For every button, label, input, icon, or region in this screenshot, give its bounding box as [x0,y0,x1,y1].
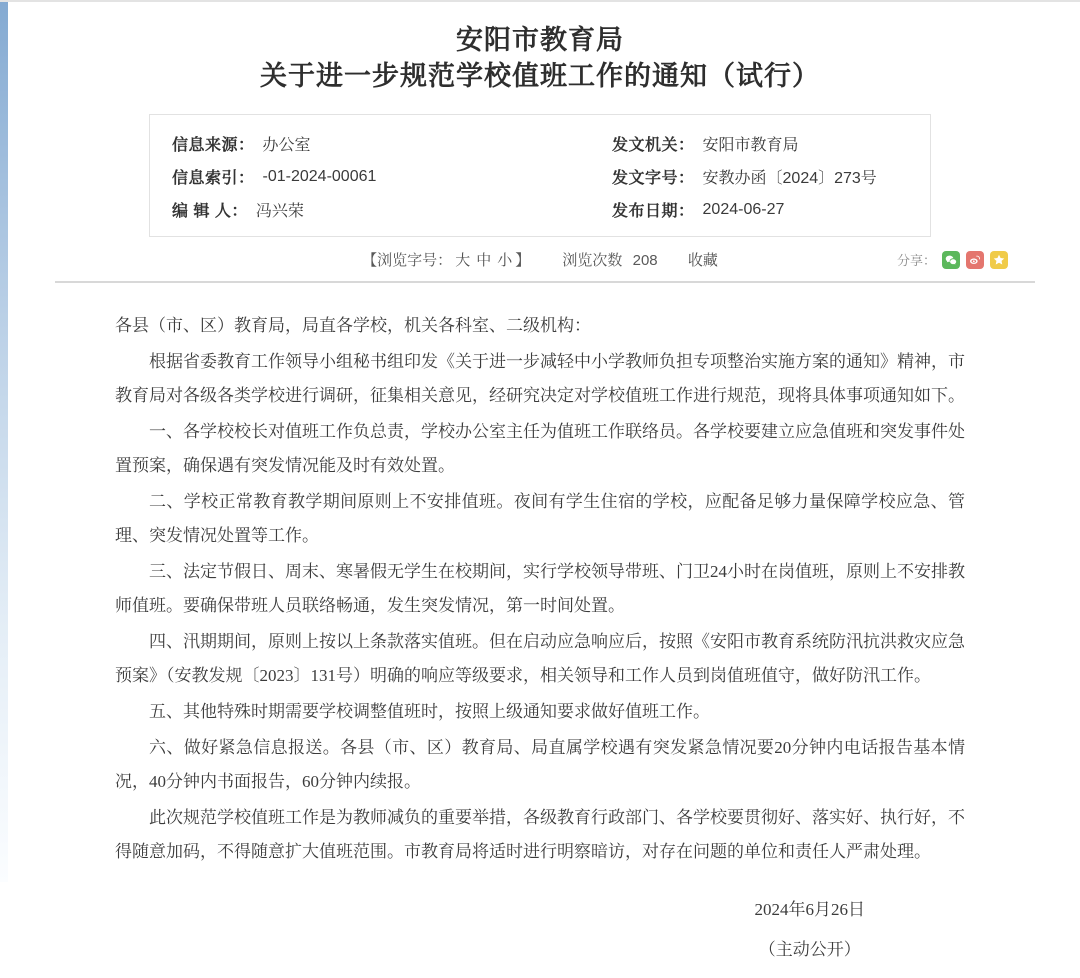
meta-row-index: 信息索引： -01-2024-00061 [172,160,602,193]
meta-row-publish-date: 发布日期： 2024-06-27 [612,193,908,226]
body-paragraph: 三、法定节假日、周末、寒暑假无学生在校期间，实行学校领导带班、门卫24小时在岗值… [115,555,965,623]
left-gradient-strip [0,2,8,882]
disclosure-note: （主动公开） [755,935,866,965]
salutation-paragraph: 各县（市、区）教育局，局直各学校，机关各科室、二级机构： [115,309,965,343]
font-size-suffix: 】 [515,252,530,269]
font-size-small-button[interactable]: 小 [497,249,512,270]
document-title: 安阳市教育局 关于进一步规范学校值班工作的通知（试行） [0,2,1080,94]
meta-value-doc-number: 安教办函〔2024〕273号 [703,165,877,188]
font-size-medium-button[interactable]: 中 [476,249,491,270]
meta-row-issuing-org: 发文机关： 安阳市教育局 [612,127,908,160]
body-paragraph: 六、做好紧急信息报送。各县（市、区）教育局、局直属学校遇有突发紧急情况要20分钟… [115,731,965,799]
views-label: 浏览次数 [562,252,622,269]
meta-value-source: 办公室 [263,132,311,155]
signature-block: 2024年6月26日 （主动公开） [115,895,965,965]
meta-label-doc-number: 发文字号： [612,165,695,188]
meta-value-issuing-org: 安阳市教育局 [703,132,799,155]
meta-label-editor: 编 辑 人： [172,198,248,221]
meta-label-publish-date: 发布日期： [612,198,695,221]
signature-date: 2024年6月26日 [755,895,866,925]
meta-left-column: 信息来源： 办公室 信息索引： -01-2024-00061 编 辑 人： 冯兴… [172,127,602,226]
share-label: 分享： [897,250,936,269]
document-meta-box: 信息来源： 办公室 信息索引： -01-2024-00061 编 辑 人： 冯兴… [149,114,931,237]
body-paragraph: 此次规范学校值班工作是为教师减负的重要举措，各级教育行政部门、各学校要贯彻好、落… [115,801,965,869]
body-paragraph: 五、其他特殊时期需要学校调整值班时，按照上级通知要求做好值班工作。 [115,695,965,729]
body-paragraph: 四、汛期期间，原则上按以上条款落实值班。但在启动应急响应后，按照《安阳市教育系统… [115,625,965,693]
body-paragraph: 一、各学校校长对值班工作负总责，学校办公室主任为值班工作联络员。各学校要建立应急… [115,415,965,483]
toolbar: 【浏览字号：大中小】 浏览次数 208 收藏 分享： [0,249,1080,273]
favorite-button[interactable]: 收藏 [688,252,718,269]
font-size-large-button[interactable]: 大 [455,249,470,270]
meta-row-editor: 编 辑 人： 冯兴荣 [172,193,602,226]
share-group: 分享： [897,250,1008,269]
meta-label-issuing-org: 发文机关： [612,132,695,155]
meta-value-editor: 冯兴荣 [256,198,304,221]
meta-label-index: 信息索引： [172,165,255,188]
meta-row-source: 信息来源： 办公室 [172,127,602,160]
wechat-share-icon[interactable] [942,251,960,269]
body-paragraph: 根据省委教育工作领导小组秘书组印发《关于进一步减轻中小学教师负担专项整治实施方案… [115,345,965,413]
meta-value-index: -01-2024-00061 [263,168,377,186]
font-size-prefix: 【浏览字号： [362,252,452,269]
views-count: 208 [633,252,658,269]
notice-page: 安阳市教育局 关于进一步规范学校值班工作的通知（试行） 信息来源： 办公室 信息… [0,0,1080,978]
weibo-share-icon[interactable] [966,251,984,269]
meta-label-source: 信息来源： [172,132,255,155]
document-body: 各县（市、区）教育局，局直各学校，机关各科室、二级机构： 根据省委教育工作领导小… [0,283,1080,965]
meta-value-publish-date: 2024-06-27 [703,201,785,219]
title-line-1: 安阳市教育局 [0,22,1080,58]
body-paragraph: 二、学校正常教育教学期间原则上不安排值班。夜间有学生住宿的学校，应配备足够力量保… [115,485,965,553]
qzone-share-icon[interactable] [990,251,1008,269]
meta-right-column: 发文机关： 安阳市教育局 发文字号： 安教办函〔2024〕273号 发布日期： … [612,127,908,226]
meta-row-doc-number: 发文字号： 安教办函〔2024〕273号 [612,160,908,193]
title-line-2: 关于进一步规范学校值班工作的通知（试行） [0,58,1080,94]
